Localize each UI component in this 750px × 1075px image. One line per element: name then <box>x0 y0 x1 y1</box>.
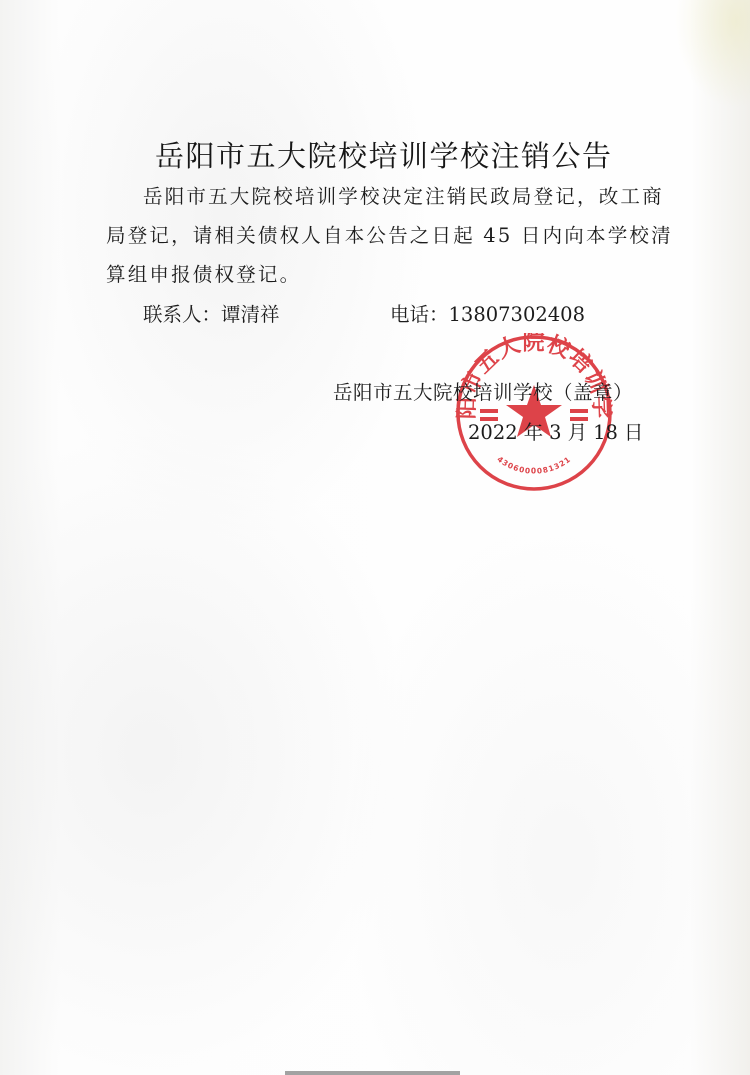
date-day-unit: 日 <box>624 421 644 444</box>
notice-title: 岳阳市五大院校培训学校注销公告 <box>155 134 613 175</box>
contact-line: 联系人：谭清祥 电话：13807302408 <box>143 299 280 327</box>
body-line-2: 局登记，请相关债权人自本公告之日起 45 日内向本学校清 <box>106 220 673 248</box>
phone-number: 13807302408 <box>449 303 585 326</box>
date-line: 2022年3月18日 <box>465 417 646 445</box>
date-year: 2022 <box>468 421 518 444</box>
date-day: 18 <box>593 421 618 444</box>
date-year-unit: 年 <box>524 421 544 444</box>
contact-name: 谭清祥 <box>221 303 280 326</box>
phone-group: 电话：13807302408 <box>390 299 585 327</box>
contact-label: 联系人： <box>143 303 221 326</box>
date-month-unit: 月 <box>568 421 588 444</box>
scan-edge-shadow <box>285 1071 460 1075</box>
date-month: 3 <box>549 421 561 444</box>
svg-text:4306000081321: 4306000081321 <box>495 455 572 476</box>
body-line-1: 岳阳市五大院校培训学校决定注销民政局登记，改工商 <box>143 181 664 209</box>
phone-label: 电话： <box>390 303 449 326</box>
official-seal-stamp: 岳阳市五大院校培训学校 4306000081321 <box>452 333 616 493</box>
body-line-3: 算组申报债权登记。 <box>106 259 301 287</box>
signature-line: 岳阳市五大院校培训学校（盖章） <box>333 377 633 405</box>
